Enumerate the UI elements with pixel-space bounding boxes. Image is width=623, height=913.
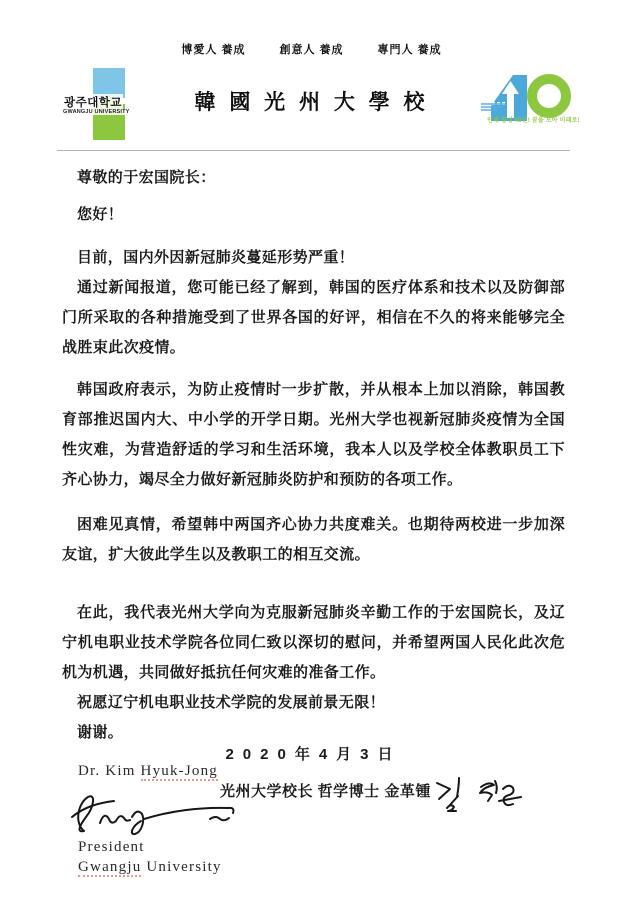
header-slogans: 博愛人 養成 創意人 養成 專門人 養成 xyxy=(0,41,623,57)
letter-page: 博愛人 養成 創意人 養成 專門人 養成 광주대학교 GWANGJU UNIVE… xyxy=(0,0,623,913)
signer-english-name: Dr. Kim Hyuk-Jong xyxy=(78,763,218,780)
anniversary-slogan: 인재 양성 40년! 꿈을 모아 미래로! xyxy=(487,115,580,124)
signer-english-org: Gwangju University xyxy=(78,859,222,876)
signer-english-title: President xyxy=(78,839,145,856)
anniversary-fineprint xyxy=(481,103,505,112)
salutation: 尊敬的于宏国院长： xyxy=(62,163,565,193)
letter-paragraph: 韩国政府表示，为防止疫情时一步扩散，并从根本上加以消除，韩国教育部推迟国内大、中… xyxy=(62,375,565,495)
signer-name-prefix: Dr. Kim xyxy=(78,763,141,779)
letter-paragraph: 通过新闻报道，您可能已经了解到，韩国的医疗体系和技术以及防御部门所采取的各种措施… xyxy=(62,273,565,363)
signer-name-flagged: Hyuk-Jong xyxy=(141,763,218,781)
english-signature-block: Dr. Kim Hyuk-Jong President Gwangju Univ… xyxy=(78,763,218,780)
korean-handwritten-signature-icon xyxy=(433,775,533,819)
letter-paragraph: 祝愿辽宁机电职业技术学院的发展前景无限！ xyxy=(62,688,565,718)
org-name-rest: University xyxy=(141,859,221,875)
org-name-flagged: Gwangju xyxy=(78,859,141,877)
letterhead-divider xyxy=(57,150,570,151)
anniversary-40-logo: 인재 양성 40년! 꿈을 모아 미래로! xyxy=(481,72,586,126)
letter-paragraph: 在此，我代表光州大学向为克服新冠肺炎辛勤工作的于宏国院长，及辽宁机电职业技术学院… xyxy=(62,598,565,688)
letter-paragraph: 目前，国内外因新冠肺炎蔓延形势严重！ xyxy=(62,243,565,273)
letter-body: 尊敬的于宏国院长： 您好！ 目前，国内外因新冠肺炎蔓延形势严重！ 通过新闻报道，… xyxy=(62,160,565,814)
english-handwritten-signature-icon xyxy=(70,787,270,843)
greeting: 您好！ xyxy=(62,200,565,230)
slogan-2: 創意人 養成 xyxy=(279,41,343,57)
letter-paragraph: 困难见真情，希望韩中两国齐心协力共度难关。也期待两校进一步加深友谊，扩大彼此学生… xyxy=(62,510,565,570)
slogan-1: 博愛人 養成 xyxy=(181,41,245,57)
slogan-3: 專門人 養成 xyxy=(378,41,442,57)
